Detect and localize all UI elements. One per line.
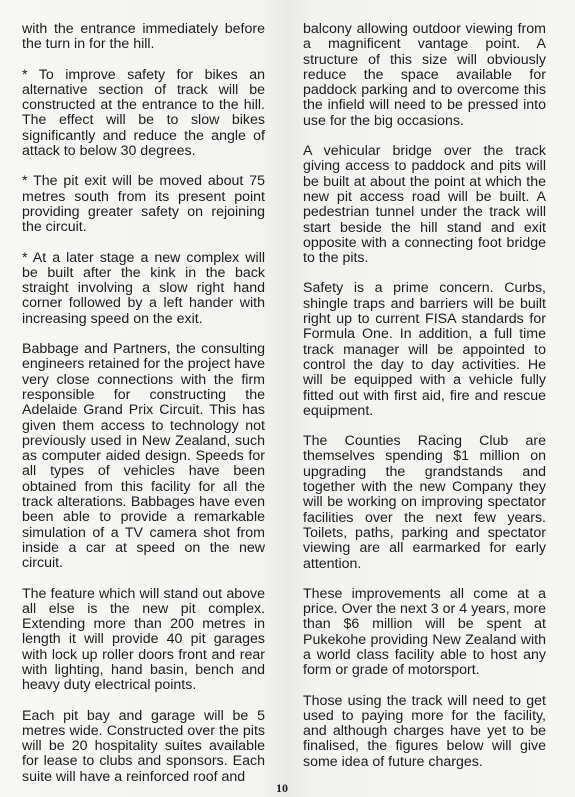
paragraph: These improvements all come at a price. …	[303, 587, 546, 679]
paragraph: The feature which will stand out above a…	[22, 587, 265, 694]
paragraph: A vehicular bridge over the track giving…	[303, 144, 546, 266]
left-column: with the entrance immediately before the…	[22, 22, 265, 797]
right-column: balcony allowing outdoor viewing from a …	[303, 22, 546, 785]
page-number: 10	[276, 781, 288, 796]
paragraph: * To improve safety for bikes an alterna…	[22, 68, 265, 160]
paragraph: * The pit exit will be moved about 75 me…	[22, 174, 265, 235]
paragraph: * At a later stage a new complex will be…	[22, 251, 265, 327]
paragraph: The Counties Racing Club are themselves …	[303, 434, 546, 572]
paragraph: balcony allowing outdoor viewing from a …	[303, 22, 546, 129]
paragraph: Safety is a prime concern. Curbs, shingl…	[303, 281, 546, 419]
paragraph: with the entrance immediately before the…	[22, 22, 265, 53]
document-page: with the entrance immediately before the…	[0, 0, 575, 797]
paragraph: Each pit bay and garage will be 5 metres…	[22, 709, 265, 785]
paragraph: Babbage and Partners, the consulting eng…	[22, 342, 265, 571]
paragraph: Those using the track will need to get u…	[303, 694, 546, 770]
